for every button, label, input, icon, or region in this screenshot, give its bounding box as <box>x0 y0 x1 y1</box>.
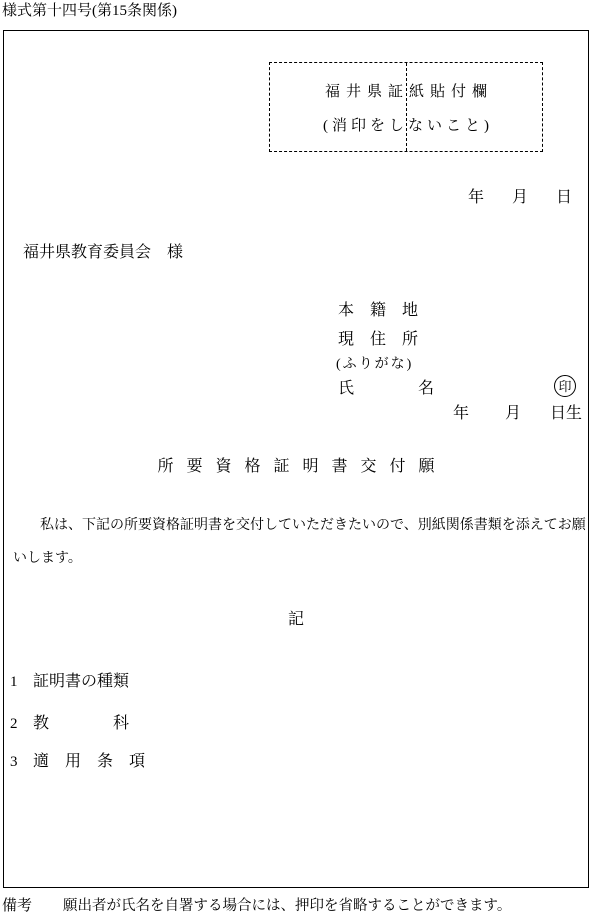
application-form-page: 様式第十四号(第15条関係) 福井県証紙貼付欄 (消印をしないこと) 年 月 日… <box>0 0 593 919</box>
item-subject: 2 教 科 <box>10 710 129 733</box>
item-number: 3 <box>10 754 33 771</box>
form-number-label: 様式第十四号(第15条関係) <box>2 4 177 19</box>
item-label: 証明書の種類 <box>33 668 129 691</box>
item-label: 適 用 条 項 <box>33 748 145 771</box>
date-month-label: 月 <box>512 190 528 206</box>
item-certificate-type: 1 証明書の種類 <box>10 668 129 691</box>
seal-stamp-character: 印 <box>558 380 571 393</box>
item-label: 教 科 <box>33 710 129 733</box>
item-number: 2 <box>10 716 33 733</box>
seal-stamp-icon: 印 <box>554 375 576 397</box>
notation-ki: 記 <box>3 612 589 628</box>
addressee-label: 福井県教育委員会 様 <box>23 245 183 261</box>
registered-domicile-label: 本籍地 <box>338 303 434 319</box>
birth-day-label: 日生 <box>550 406 582 422</box>
item-number: 1 <box>10 674 33 691</box>
application-date-line: 年 月 日 <box>468 190 572 206</box>
document-title: 所要資格証明書交付願 <box>3 459 589 475</box>
date-year-label: 年 <box>468 190 484 206</box>
date-day-label: 日 <box>556 190 572 206</box>
birth-date-line: 年 月 日生 <box>453 406 582 422</box>
item-applicable-provision: 3 適 用 条 項 <box>10 748 145 771</box>
body-text-line2: いします。 <box>13 552 82 566</box>
remarks-note: 備考 願出者が氏名を自署する場合には、押印を省略することができます。 <box>2 899 511 914</box>
birth-year-label: 年 <box>453 406 469 422</box>
name-label: 氏 名 <box>338 381 434 397</box>
current-address-label: 現住所 <box>338 332 434 348</box>
body-text-line1: 私は、下記の所要資格証明書を交付していただきたいので、別紙関係書類を添えてお願 <box>40 519 586 533</box>
furigana-label: (ふりがな) <box>336 358 413 372</box>
remarks-text: 願出者が氏名を自署する場合には、押印を省略することができます。 <box>63 899 511 914</box>
birth-month-label: 月 <box>505 406 521 422</box>
revenue-stamp-box: 福井県証紙貼付欄 (消印をしないこと) <box>269 62 543 152</box>
stamp-box-divider-line <box>406 63 407 151</box>
remarks-label: 備考 <box>2 899 32 914</box>
